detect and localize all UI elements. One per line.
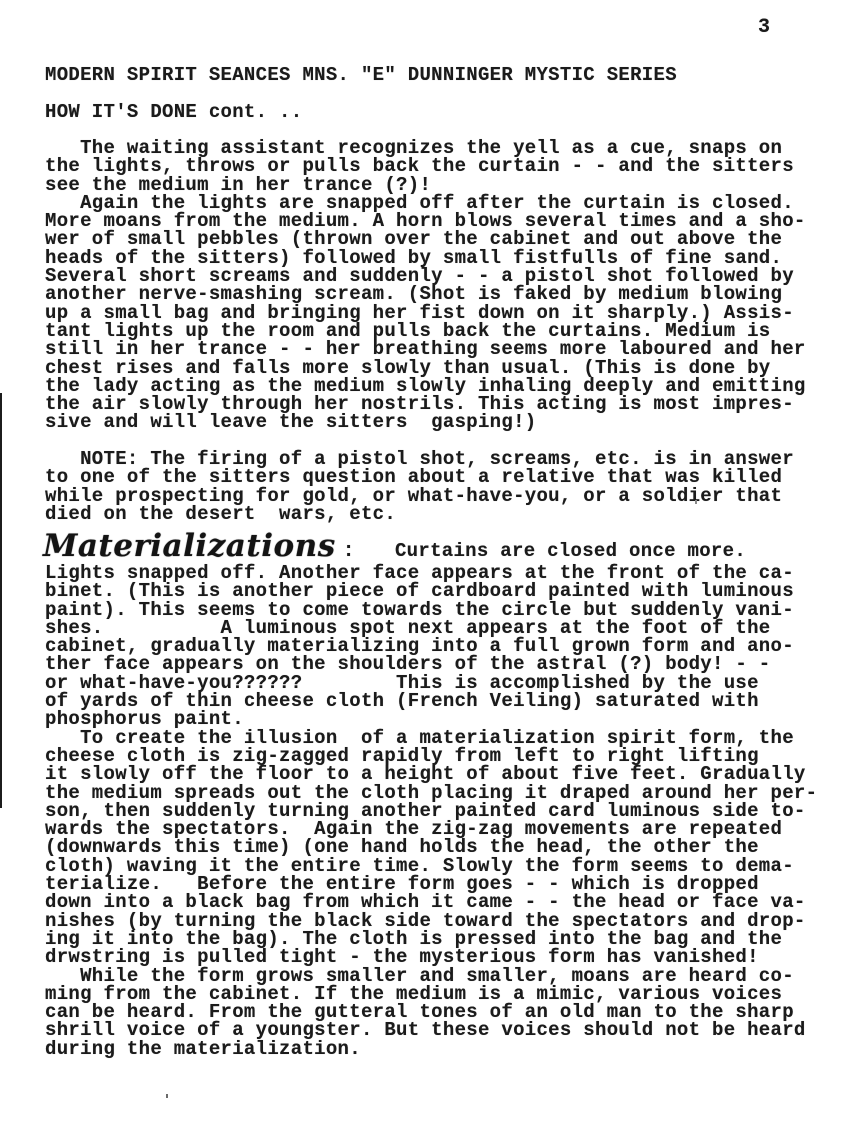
photocopy-edge-artifact: [0, 393, 2, 808]
section-title-how-its-done: HOW IT'S DONE cont. ..: [45, 101, 302, 123]
ink-speck: [695, 500, 697, 504]
document-page: 3 MODERN SPIRIT SEANCES MNS. "E" DUNNING…: [0, 0, 854, 1130]
paragraph-seance-description: The waiting assistant recognizes the yel…: [45, 139, 806, 432]
materializations-script-heading: Materializations: [43, 528, 336, 564]
heading-following-text: Curtains are closed once more.: [395, 540, 746, 562]
heading-colon: :: [343, 540, 355, 563]
paragraph-materializations-body: Lights snapped off. Another face appears…: [45, 564, 817, 1058]
ink-speck: [166, 1094, 168, 1098]
page-number: 3: [758, 16, 770, 39]
paragraph-note: NOTE: The firing of a pistol shot, screa…: [45, 450, 794, 523]
materializations-heading-row: Materializations : Curtains are closed o…: [43, 528, 746, 564]
document-header: MODERN SPIRIT SEANCES MNS. "E" DUNNINGER…: [45, 64, 677, 86]
